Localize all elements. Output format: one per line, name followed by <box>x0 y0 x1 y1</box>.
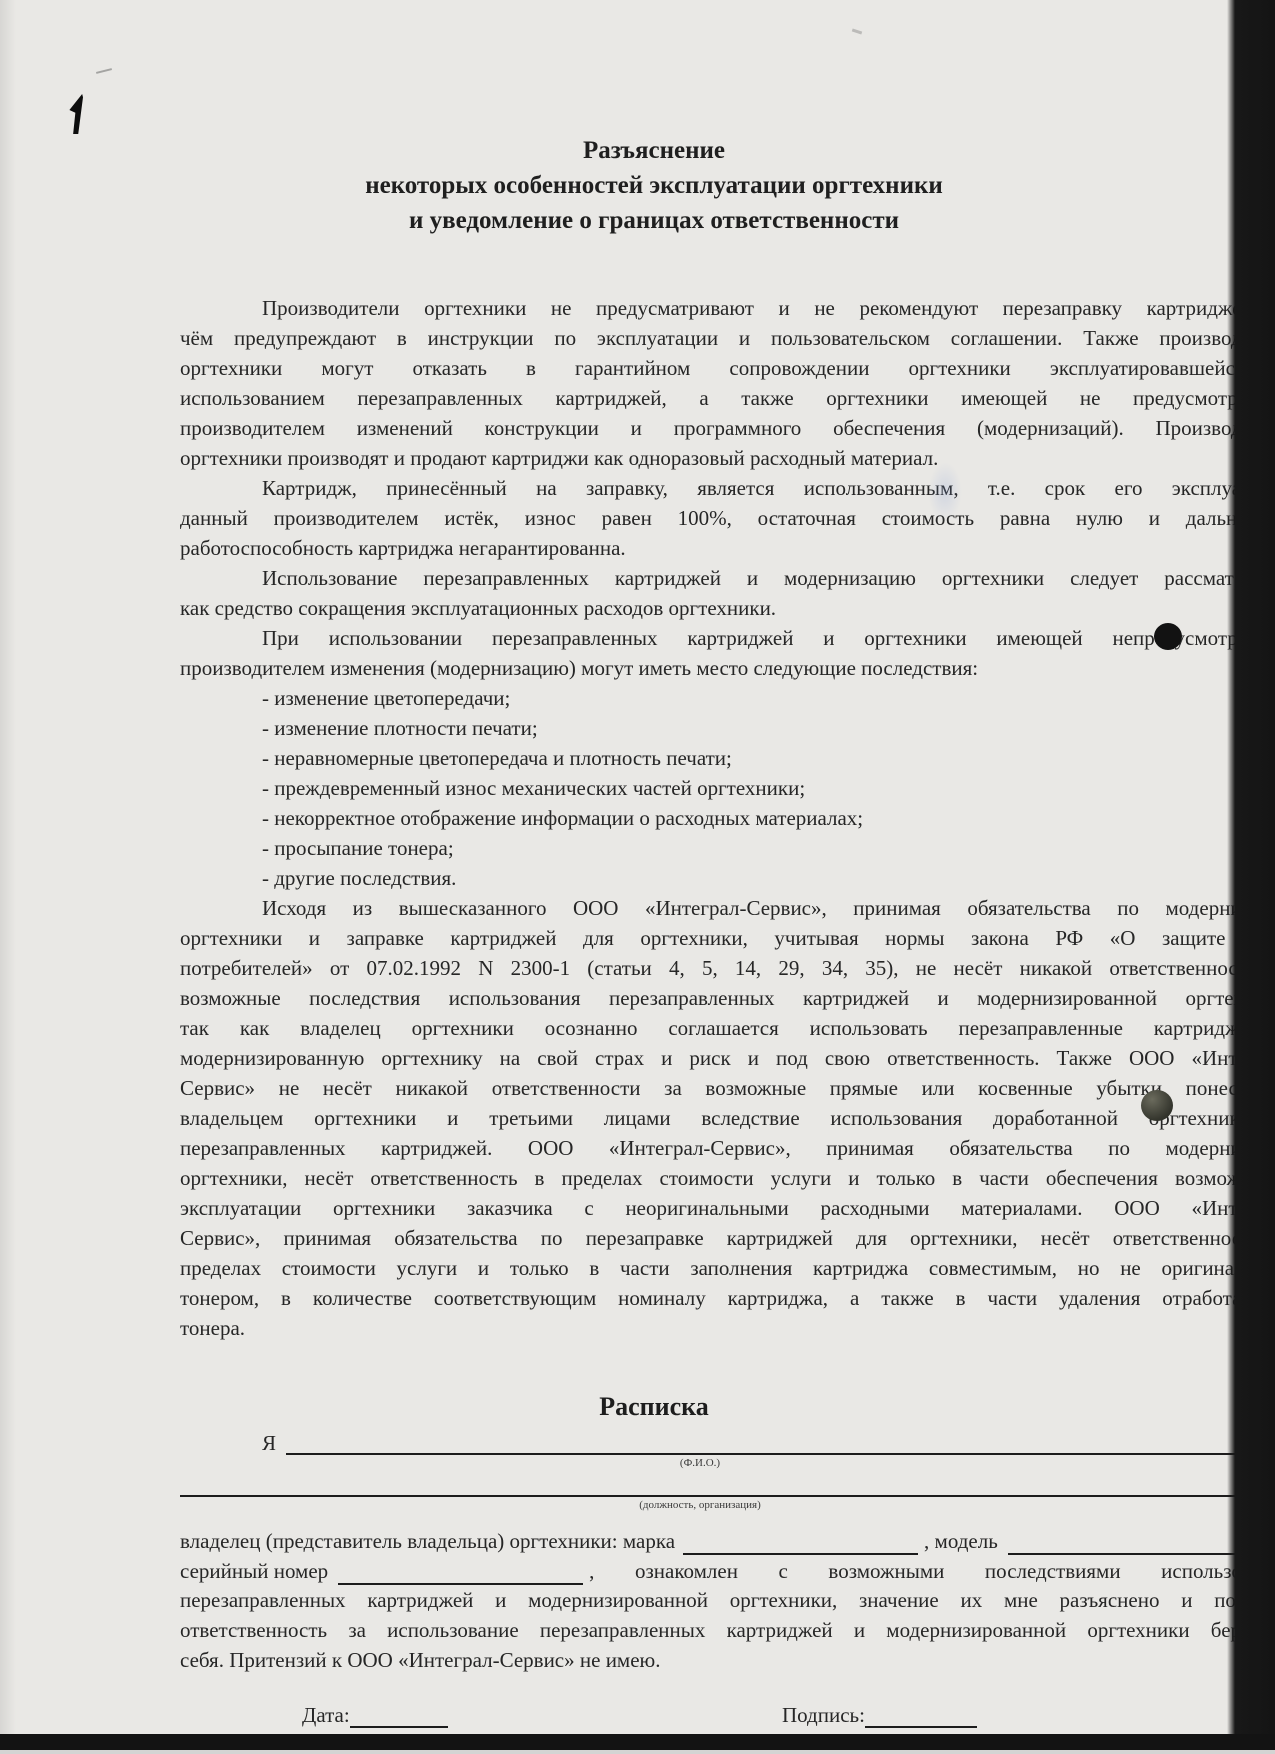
model-blank-line <box>1008 1533 1275 1555</box>
position-org-caption: (должность, организация) <box>180 1497 1220 1513</box>
position-blank-line <box>180 1475 1275 1497</box>
title-line: и уведомление о границах ответственности <box>180 203 1128 238</box>
body-line: как средство сокращения эксплуатационных… <box>180 593 1275 623</box>
receipt-line: перезаправленных картриджей и модернизир… <box>180 1585 1275 1615</box>
body-line: Производители оргтехники не предусматрив… <box>180 293 1275 323</box>
signature-group: Подпись: <box>782 1703 977 1728</box>
body-line: - изменение цветопередачи; <box>180 683 1275 713</box>
serial-after-text: , ознакомлен с возможными последствиями … <box>589 1557 1275 1585</box>
body-line: производителем изменения (модернизацию) … <box>180 653 1275 683</box>
scan-bottom-strip <box>0 1750 1275 1754</box>
body-line: потребителей» от 07.02.1992 N 2300-1 (ст… <box>180 953 1275 983</box>
page-content: Разъяснение некоторых особенностей экспл… <box>180 0 1275 1731</box>
body-line: - неравномерные цветопередача и плотност… <box>180 743 1275 773</box>
body-line: перезаправленных картриджей. ООО «Интегр… <box>180 1133 1275 1163</box>
body-line: - другие последствия. <box>180 863 1275 893</box>
serial-blank-line <box>338 1563 583 1585</box>
scanned-document-page: Разъяснение некоторых особенностей экспл… <box>0 0 1275 1754</box>
body-line: производителем изменений конструкции и п… <box>180 413 1275 443</box>
date-signature-row: Дата: Подпись: <box>180 1703 1275 1731</box>
owner-text: владелец (представитель владельца) оргте… <box>180 1527 675 1555</box>
body-line: Картридж, принесённый на заправку, являе… <box>180 473 1275 503</box>
owner-row: владелец (представитель владельца) оргте… <box>180 1525 1275 1555</box>
receipt-text: перезаправленных картриджей и модернизир… <box>180 1585 1275 1675</box>
body-line: Использование перезаправленных картридже… <box>180 563 1275 593</box>
body-line: работоспособность картриджа негарантиров… <box>180 533 1275 563</box>
body-line: так как владелец оргтехники осознанно со… <box>180 1013 1275 1043</box>
body-line: тонером, в количестве соответствующим но… <box>180 1283 1275 1313</box>
fio-caption: (Ф.И.О.) <box>180 1455 1220 1471</box>
document-body: Производители оргтехники не предусматрив… <box>180 293 1275 1343</box>
document-title: Разъяснение некоторых особенностей экспл… <box>180 133 1128 238</box>
body-line: - просыпание тонера; <box>180 833 1275 863</box>
body-line: При использовании перезаправленных картр… <box>180 623 1275 653</box>
name-row: Я <box>180 1431 1275 1455</box>
body-line: Исходя из вышесказанного ООО «Интеграл-С… <box>180 893 1275 923</box>
body-line: оргтехники производят и продают картридж… <box>180 443 1275 473</box>
scan-left-shadow <box>0 0 16 1754</box>
body-line: Сервис» не несёт никакой ответственности… <box>180 1073 1275 1103</box>
body-line: оргтехники могут отказать в гарантийном … <box>180 353 1275 383</box>
serial-label: серийный номер <box>180 1557 328 1585</box>
name-blank-line <box>286 1433 1275 1455</box>
body-line: чём предупреждают в инструкции по эксплу… <box>180 323 1275 353</box>
body-line: возможные последствия использования пере… <box>180 983 1275 1013</box>
date-blank-line <box>350 1706 448 1728</box>
body-line: пределах стоимости услуги и только в час… <box>180 1253 1275 1283</box>
title-line: некоторых особенностей эксплуатации оргт… <box>180 168 1128 203</box>
receipt-section: Расписка Я (Ф.И.О.) (должность, организа… <box>180 1389 1275 1731</box>
body-line: оргтехники и заправке картриджей для орг… <box>180 923 1275 953</box>
scanner-edge-bottom <box>0 1734 1275 1750</box>
receipt-line: себя. Притензий к ООО «Интеграл-Сервис» … <box>180 1645 1275 1675</box>
position-row <box>180 1473 1275 1497</box>
scratch-mark <box>96 68 112 74</box>
body-line: модернизированную оргтехнику на свой стр… <box>180 1043 1275 1073</box>
signature-blank-line <box>865 1706 977 1728</box>
body-line: владельцем оргтехники и третьими лицами … <box>180 1103 1275 1133</box>
brand-blank-line <box>683 1533 918 1555</box>
model-label: , модель <box>924 1527 998 1555</box>
tear-mark <box>66 94 83 134</box>
signature-label: Подпись: <box>782 1703 865 1728</box>
receipt-line: ответственность за использование перезап… <box>180 1615 1275 1645</box>
serial-row: серийный номер , ознакомлен с возможными… <box>180 1555 1275 1585</box>
body-line: - преждевременный износ механических час… <box>180 773 1275 803</box>
i-label: Я <box>262 1431 276 1455</box>
body-line: данный производителем истёк, износ равен… <box>180 503 1275 533</box>
body-line: тонера. <box>180 1313 1275 1343</box>
title-line: Разъяснение <box>180 133 1128 168</box>
body-line: эксплуатации оргтехники заказчика с неор… <box>180 1193 1275 1223</box>
body-line: Сервис», принимая обязательства по перез… <box>180 1223 1275 1253</box>
body-line: - изменение плотности печати; <box>180 713 1275 743</box>
date-group: Дата: <box>302 1703 448 1728</box>
body-line: - некорректное отображение информации о … <box>180 803 1275 833</box>
receipt-heading: Расписка <box>180 1389 1128 1425</box>
date-label: Дата: <box>302 1703 350 1728</box>
body-line: использованием перезаправленных картридж… <box>180 383 1275 413</box>
body-line: оргтехники, несёт ответственность в пред… <box>180 1163 1275 1193</box>
